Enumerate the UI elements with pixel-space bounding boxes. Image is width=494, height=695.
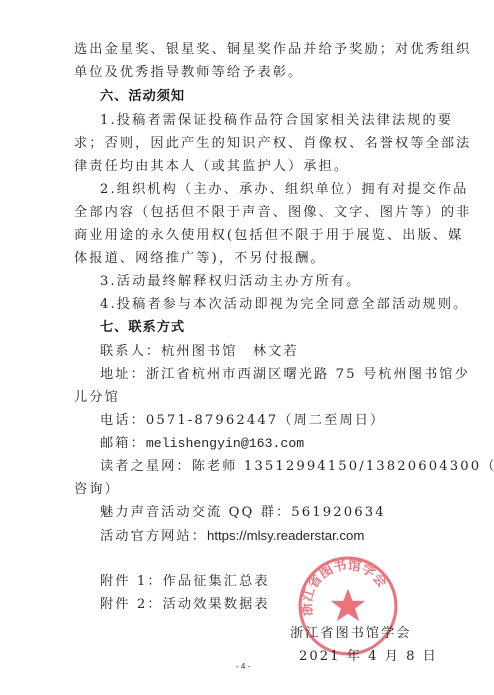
- rule-item-3: 3.活动最终解释权归活动主办方所有。: [100, 274, 426, 290]
- paragraph-line: 单位及优秀指导教师等给予表彰。: [74, 65, 426, 81]
- website-link[interactable]: https://mlsy.readerstar.com: [207, 528, 364, 543]
- phone: 电话：0571-87962447（周二至周日）: [100, 413, 426, 429]
- rule-item-2-cont: 体报道、网络推广等)，不另付报酬。: [74, 251, 426, 267]
- page-number: - 4 -: [236, 662, 250, 671]
- rule-item-4: 4.投稿者参与本次活动即视为完全同意全部活动规则。: [100, 297, 426, 313]
- official-seal-icon: 浙江省图书馆学会: [297, 555, 399, 657]
- rule-item-2-cont: 商业用途的永久使用权(包括但不限于用于展览、出版、媒: [74, 228, 426, 244]
- rule-item-2-cont: 全部内容（包括但不限于声音、图像、文字、图片等）的非: [74, 205, 426, 221]
- paragraph-line: 选出金星奖、银星奖、铜星奖作品并给予奖励；对优秀组织: [74, 42, 426, 58]
- rule-item-1-cont: 律责任均由其本人（或其监护人）承担。: [74, 159, 426, 175]
- address-line-cont: 儿分馆: [74, 390, 426, 406]
- email-line: 邮箱：melishengyin@163.com: [100, 436, 426, 452]
- website-line: 活动官方网站：https://mlsy.readerstar.com: [100, 528, 426, 545]
- rule-item-2: 2.组织机构（主办、承办、组织单位）拥有对提交作品: [100, 182, 426, 198]
- email-link[interactable]: melishengyin@163.com: [146, 436, 304, 451]
- email-label: 邮箱：: [100, 436, 146, 451]
- rule-item-1-cont: 求；否则，因此产生的知识产权、肖像权、名誉权等全部法: [74, 136, 426, 152]
- contact-person: 联系人：杭州图书馆 林文若: [100, 344, 426, 360]
- signature-organization: 浙江省图书馆学会: [290, 622, 412, 641]
- section-heading-7: 七、联系方式: [100, 320, 426, 336]
- address-line: 地址：浙江省杭州市西湖区曙光路 75 号杭州图书馆少: [100, 367, 426, 383]
- readerstar-contact-cont: 咨询）: [74, 482, 426, 498]
- rule-item-1: 1.投稿者需保证投稿作品符合国家相关法律法规的要: [100, 113, 426, 129]
- qq-group: 魅力声音活动交流 QQ 群：561920634: [100, 505, 426, 521]
- signature-date: 2021 年 4 月 8 日: [299, 645, 438, 664]
- document-page: 选出金星奖、银星奖、铜星奖作品并给予奖励；对优秀组织 单位及优秀指导教师等给予表…: [0, 0, 494, 695]
- section-heading-6: 六、活动须知: [100, 89, 426, 105]
- website-label: 活动官方网站：: [100, 529, 207, 544]
- readerstar-contact: 读者之星网：陈老师 13512994150/13820604300（技术: [100, 459, 426, 475]
